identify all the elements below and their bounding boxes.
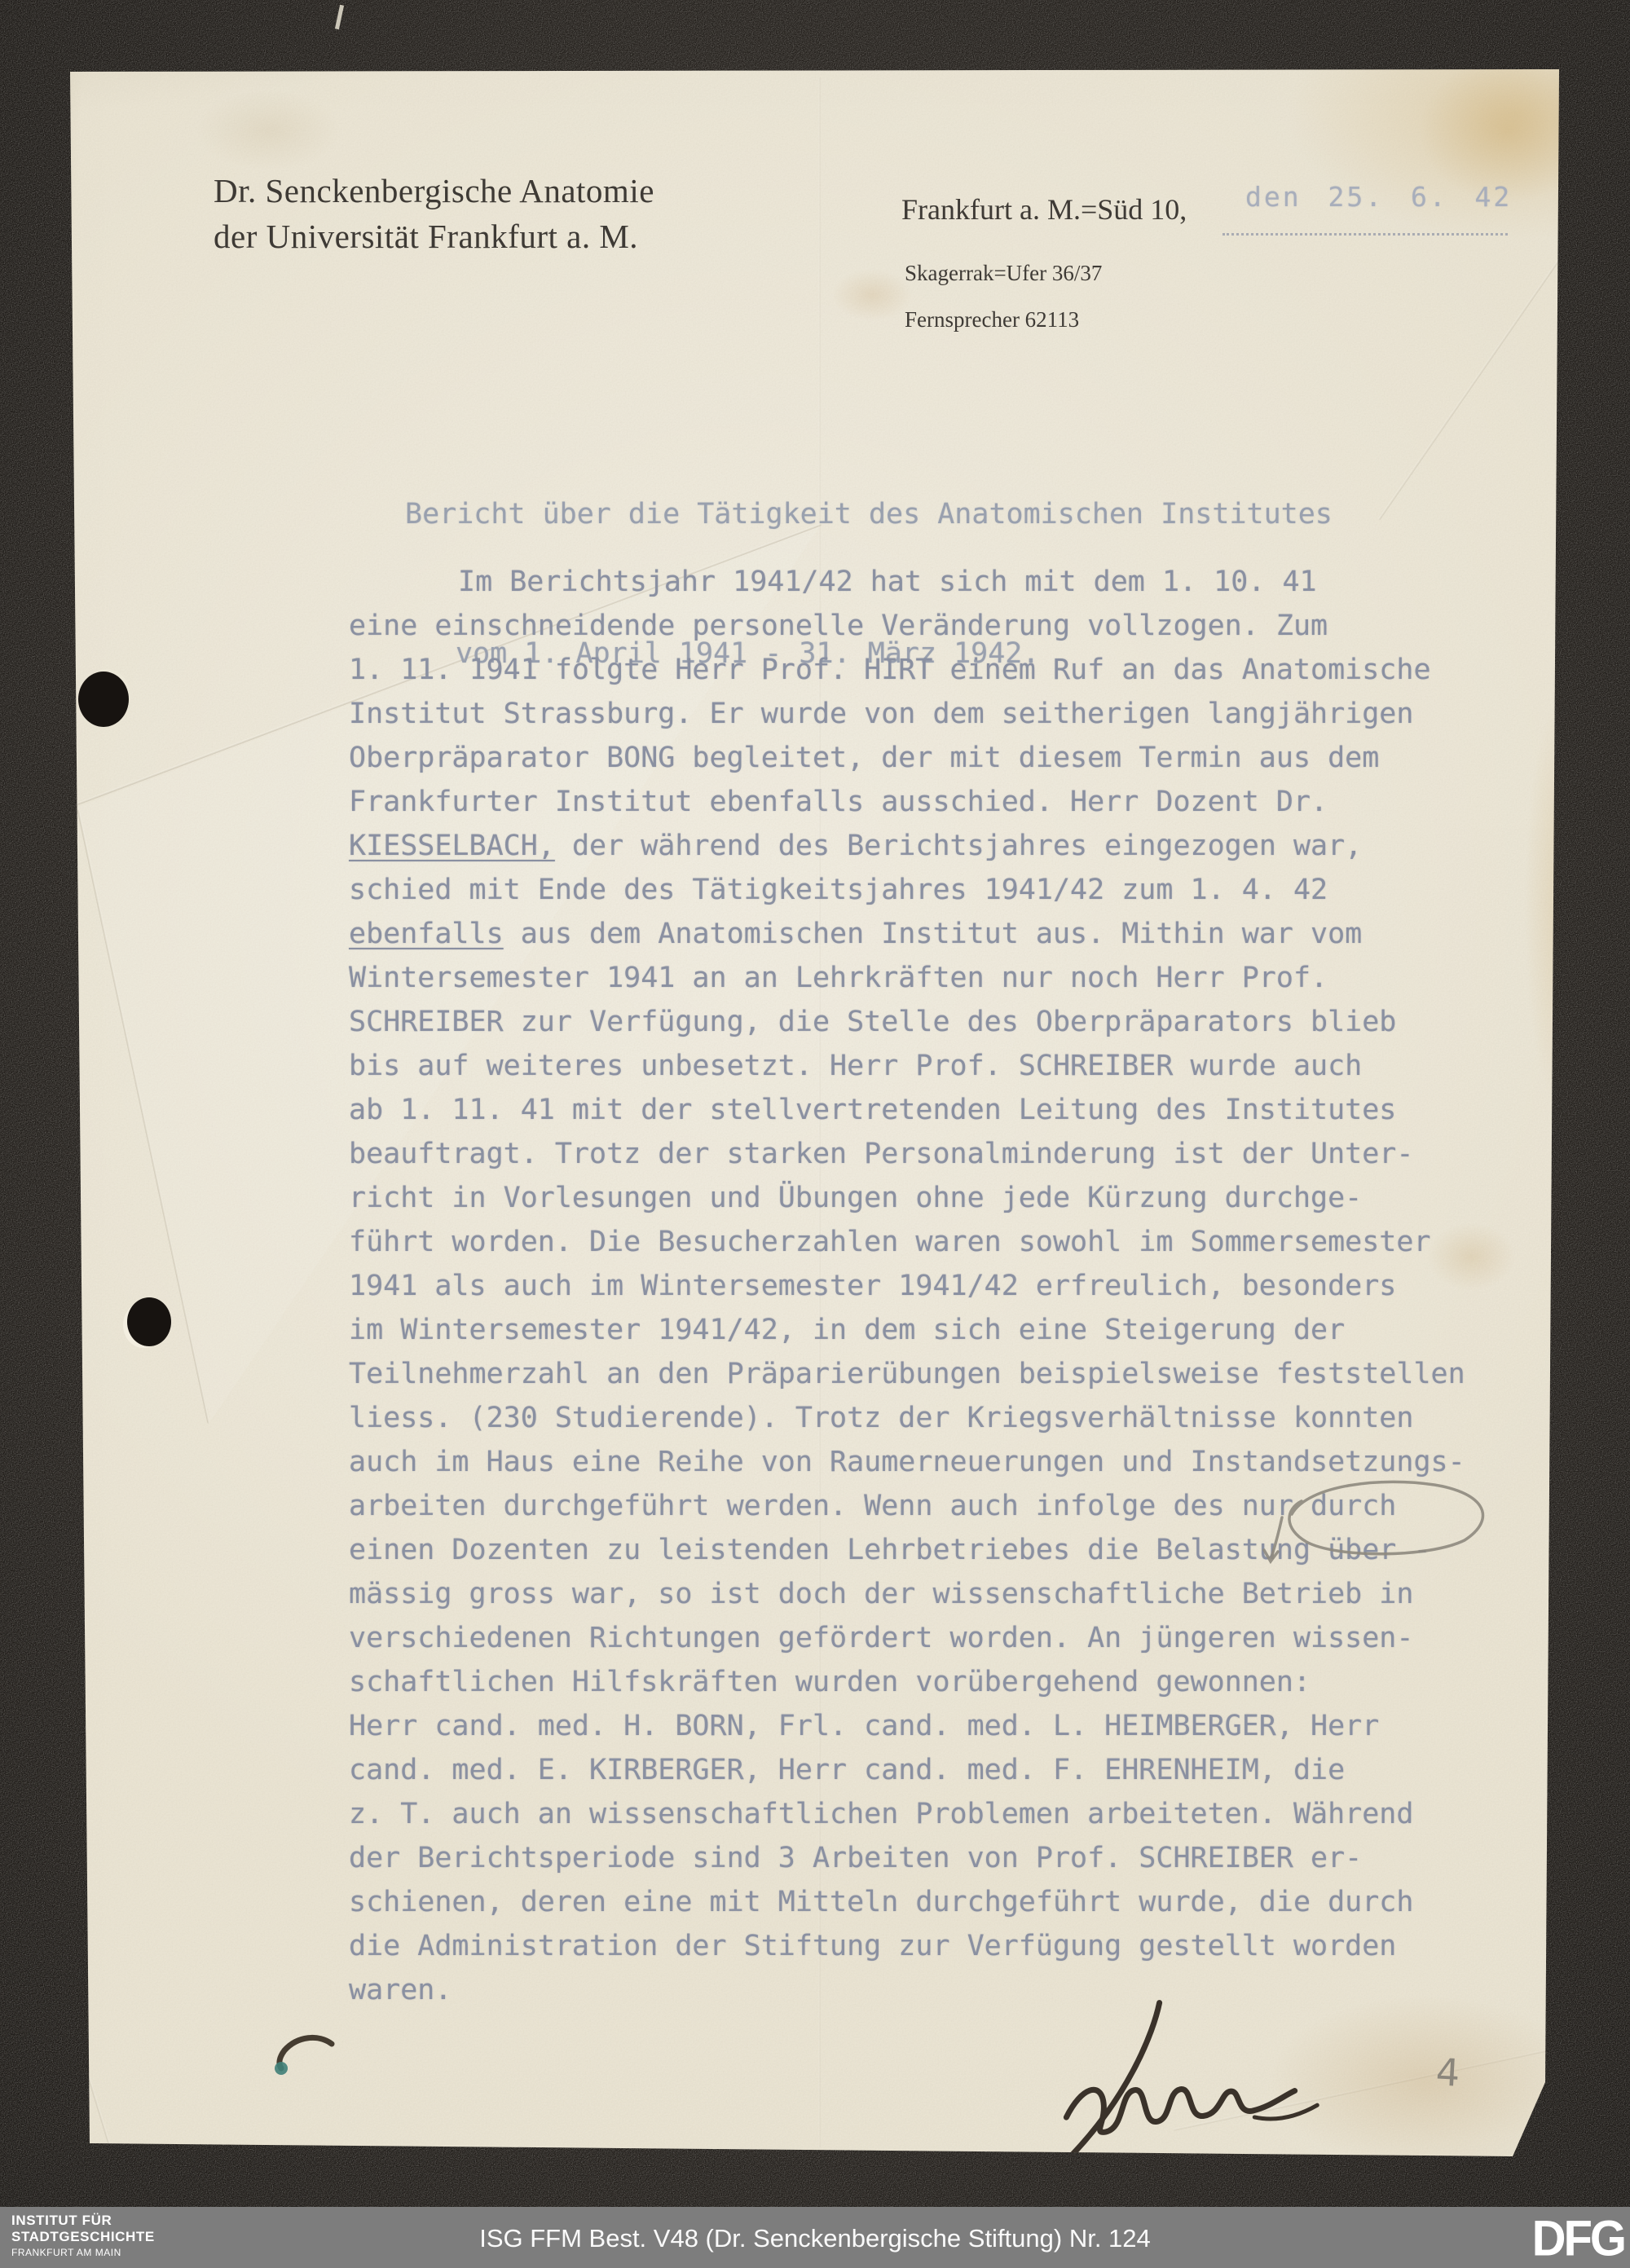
letterhead-org-line2: der Universität Frankfurt a. M. — [214, 217, 638, 256]
typed-line: beauftragt. Trotz der starken Personalmi… — [349, 1132, 1539, 1176]
typed-line: die Administration der Stiftung zur Verf… — [349, 1924, 1539, 1968]
age-stain — [831, 269, 913, 321]
letterhead-org-line1: Dr. Senckenbergische Anatomie — [214, 171, 654, 210]
typed-line: schienen, deren eine mit Mitteln durchge… — [349, 1880, 1539, 1924]
typed-line: der Berichtsperiode sind 3 Arbeiten von … — [349, 1836, 1539, 1880]
typed-line: bis auf weiteres unbesetzt. Herr Prof. S… — [349, 1044, 1539, 1088]
pencil-page-number: 4 — [1435, 2050, 1461, 2094]
typed-line: Institut Strassburg. Er wurde von dem se… — [349, 692, 1539, 736]
punch-hole — [78, 672, 129, 727]
body-lines: Im Berichtsjahr 1941/42 hat sich mit dem… — [349, 560, 1539, 2012]
letterhead-place-date: Frankfurt a. M.=Süd 10, — [901, 192, 1187, 227]
typed-line: ebenfalls aus dem Anatomischen Institut … — [349, 912, 1539, 956]
document-page: Dr. Senckenbergische Anatomie der Univer… — [0, 0, 1630, 2268]
typed-line: mässig gross war, so ist doch der wissen… — [349, 1572, 1539, 1616]
typed-line: 1. 11. 1941 folgte Herr Prof. HIRT einem… — [349, 648, 1539, 692]
typed-line: z. T. auch an wissenschaftlichen Problem… — [349, 1792, 1539, 1836]
typed-line: Oberpräparator BONG begleitet, der mit d… — [349, 736, 1539, 780]
typed-date: den 25. 6. 42 — [1245, 181, 1512, 213]
typed-line: cand. med. E. KIRBERGER, Herr cand. med.… — [349, 1748, 1539, 1792]
typed-line: waren. — [349, 1968, 1539, 2012]
typed-line: Im Berichtsjahr 1941/42 hat sich mit dem… — [349, 560, 1539, 604]
typed-line: schied mit Ende des Tätigkeitsjahres 194… — [349, 868, 1539, 912]
letterhead-phone: Fernsprecher 62113 — [905, 307, 1079, 332]
typed-line: Frankfurter Institut ebenfalls ausschied… — [349, 780, 1539, 824]
typed-line: SCHREIBER zur Verfügung, die Stelle des … — [349, 1000, 1539, 1044]
typed-line: Herr cand. med. H. BORN, Frl. cand. med.… — [349, 1704, 1539, 1748]
ink-mark — [265, 2028, 346, 2093]
typed-line: führt worden. Die Besucherzahlen waren s… — [349, 1220, 1539, 1264]
dfg-logo: DFG — [1532, 2210, 1624, 2267]
typed-line: KIESSELBACH, der während des Berichtsjah… — [349, 824, 1539, 868]
letterhead-address: Skagerrak=Ufer 36/37 — [905, 261, 1102, 286]
typed-line: ab 1. 11. 41 mit der stellvertretenden L… — [349, 1088, 1539, 1132]
typed-line: Teilnehmerzahl an den Präparierübungen b… — [349, 1352, 1539, 1396]
report-title-line1: Bericht über die Tätigkeit des Anatomisc… — [405, 491, 1333, 538]
typed-line: verschiedenen Richtungen gefördert worde… — [349, 1616, 1539, 1660]
punch-hole — [127, 1297, 171, 1346]
typed-line: richt in Vorlesungen und Übungen ohne je… — [349, 1176, 1539, 1220]
typed-line: Wintersemester 1941 an an Lehrkräften nu… — [349, 956, 1539, 1000]
typed-line: liess. (230 Studierende). Trotz der Krie… — [349, 1396, 1539, 1440]
age-stain — [196, 90, 342, 171]
typed-line: eine einschneidende personelle Veränderu… — [349, 604, 1539, 648]
typed-line: im Wintersemester 1941/42, in dem sich e… — [349, 1308, 1539, 1352]
typed-line: 1941 als auch im Wintersemester 1941/42 … — [349, 1264, 1539, 1308]
pencil-circle-annotation — [1259, 1467, 1504, 1573]
archive-reference: ISG FFM Best. V48 (Dr. Senckenbergische … — [0, 2224, 1630, 2253]
archive-photo: Dr. Senckenbergische Anatomie der Univer… — [0, 0, 1630, 2268]
typed-line: schaftlichen Hilfskräften wurden vorüber… — [349, 1660, 1539, 1704]
archive-footer-bar: INSTITUT FÜR STADTGESCHICHTE FRANKFURT A… — [0, 2207, 1630, 2268]
